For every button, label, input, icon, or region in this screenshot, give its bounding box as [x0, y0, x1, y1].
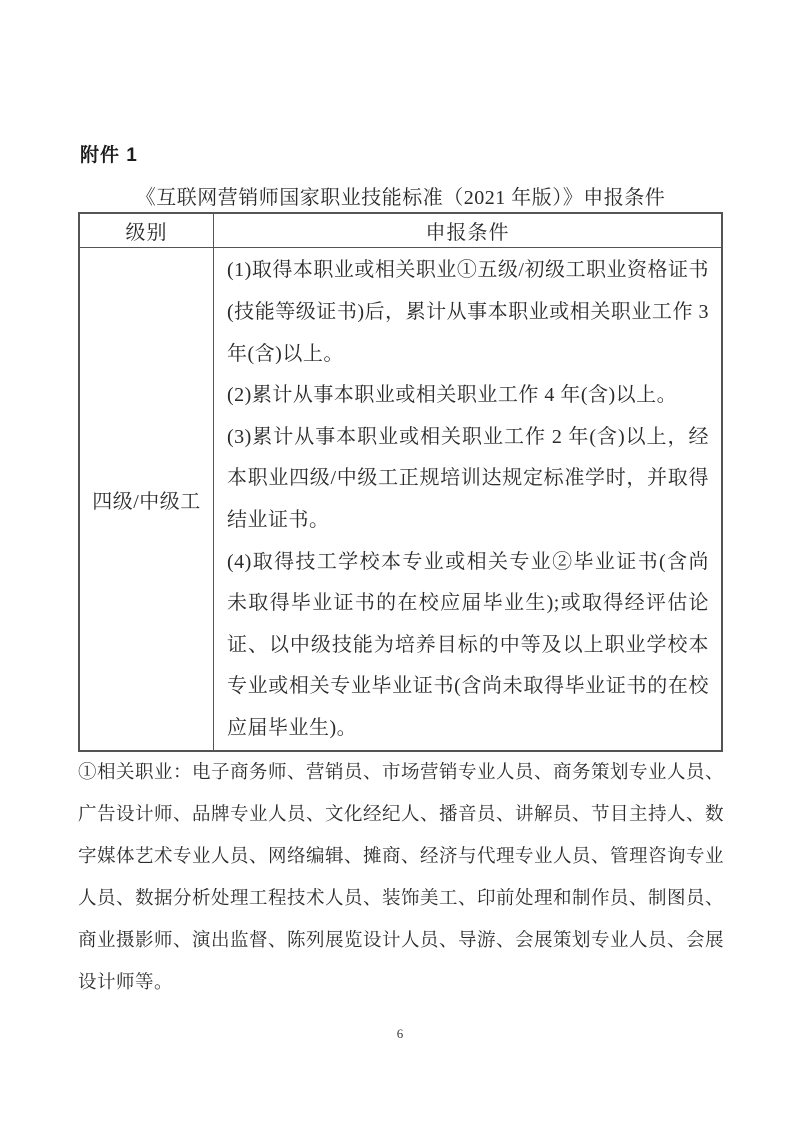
attachment-label: 附件 1 [80, 140, 138, 167]
level-cell: 四级/中级工 [79, 248, 214, 752]
document-page: 附件 1 《互联网营销师国家职业技能标准（2021 年版）》申报条件 级别 申报… [0, 0, 800, 1131]
condition-item-2: (2)累计从事本职业或相关职业工作 4 年(含)以上。 [227, 375, 709, 417]
condition-item-3: (3)累计从事本职业或相关职业工作 2 年(含)以上，经本职业四级/中级工正规培… [227, 417, 709, 542]
table-row: 四级/中级工 (1)取得本职业或相关职业①五级/初级工职业资格证书(技能等级证书… [79, 248, 722, 752]
header-level: 级别 [79, 213, 214, 248]
condition-item-1: (1)取得本职业或相关职业①五级/初级工职业资格证书(技能等级证书)后，累计从事… [227, 250, 709, 375]
conditions-table: 级别 申报条件 四级/中级工 (1)取得本职业或相关职业①五级/初级工职业资格证… [78, 212, 723, 752]
document-title: 《互联网营销师国家职业技能标准（2021 年版）》申报条件 [78, 181, 723, 210]
condition-item-4: (4)取得技工学校本专业或相关专业②毕业证书(含尚未取得毕业证书的在校应届毕业生… [227, 542, 709, 750]
footnote-text: ①相关职业：电子商务师、营销员、市场营销专业人员、商务策划专业人员、广告设计师、… [78, 752, 724, 1004]
table-header-row: 级别 申报条件 [79, 213, 722, 248]
conditions-cell: (1)取得本职业或相关职业①五级/初级工职业资格证书(技能等级证书)后，累计从事… [214, 248, 723, 752]
page-number: 6 [0, 1026, 800, 1042]
header-conditions: 申报条件 [214, 213, 723, 248]
